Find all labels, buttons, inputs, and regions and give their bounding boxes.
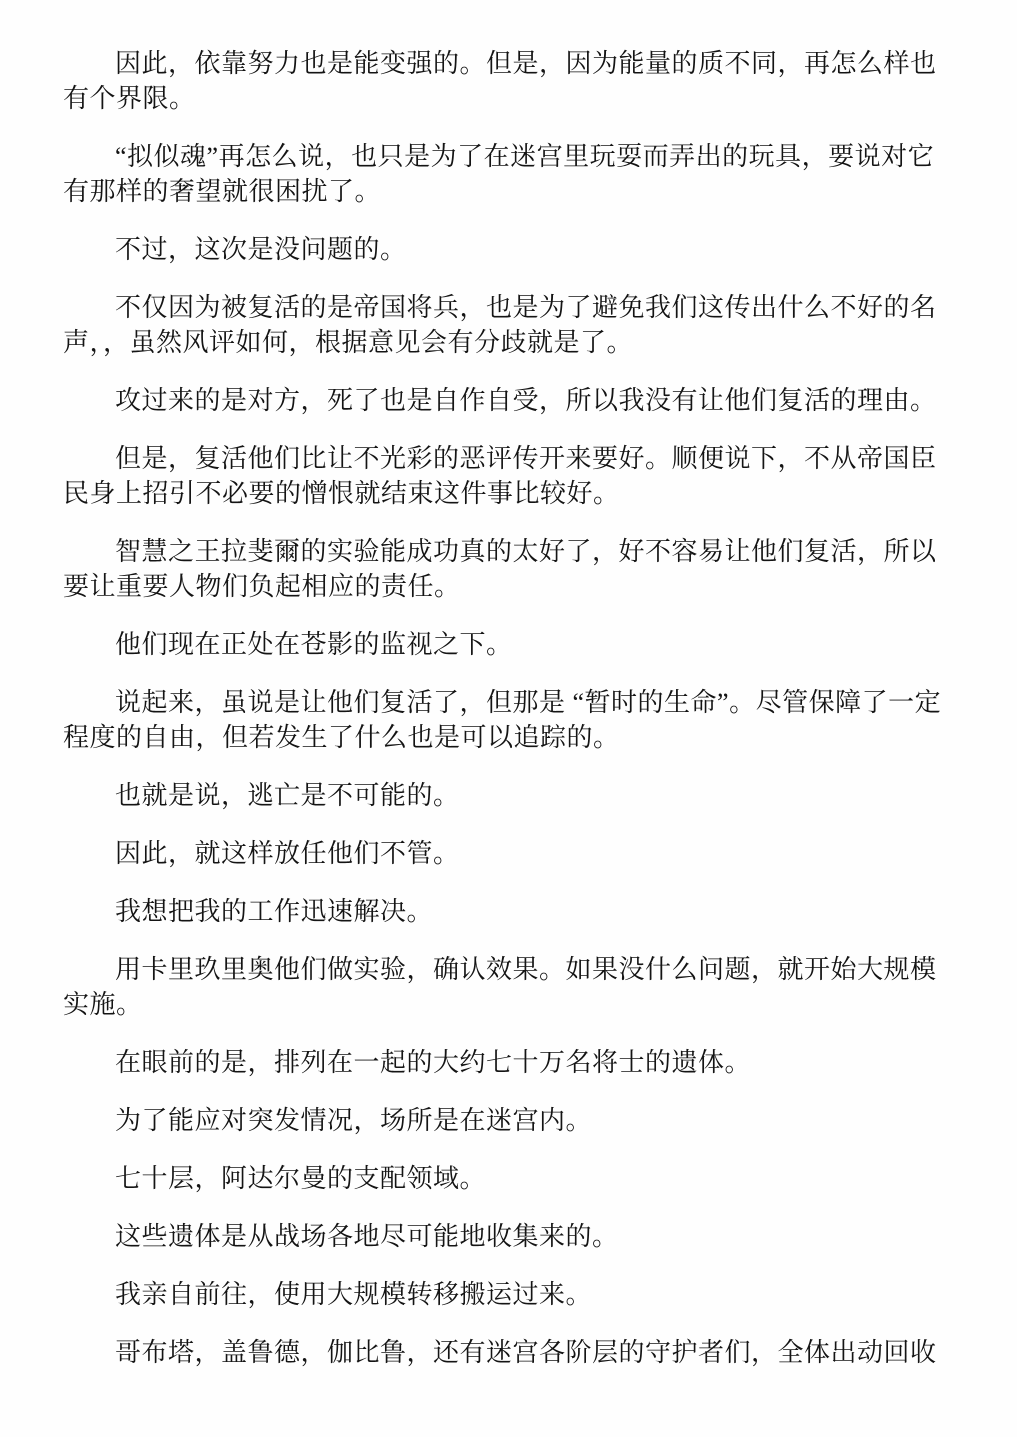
paragraph-8: 他们现在正处在苍影的监视之下。 xyxy=(63,627,953,662)
paragraph-3: 不过，这次是没问题的。 xyxy=(63,232,953,267)
paragraph-12: 我想把我的工作迅速解决。 xyxy=(63,894,953,929)
paragraph-15: 为了能应对突发情况，场所是在迷宫内。 xyxy=(63,1103,953,1138)
paragraph-4: 不仅因为被复活的是帝国将兵，也是为了避免我们这传出什么不好的名声，，虽然风评如何… xyxy=(63,290,953,360)
paragraph-13: 用卡里玖里奥他们做实验，确认效果。如果没什么问题，就开始大规模实施。 xyxy=(63,952,953,1022)
paragraph-6: 但是，复活他们比让不光彩的恶评传开来要好。顺便说下，不从帝国臣民身上招引不必要的… xyxy=(63,441,953,511)
paragraph-7: 智慧之王拉斐爾的实验能成功真的太好了，好不容易让他们复活，所以要让重要人物们负起… xyxy=(63,534,953,604)
document-page: 因此，依靠努力也是能变强的。但是，因为能量的质不同，再怎么样也有个界限。 “拟似… xyxy=(0,0,1017,1437)
paragraph-16: 七十层，阿达尔曼的支配领域。 xyxy=(63,1161,953,1196)
paragraph-17: 这些遗体是从战场各地尽可能地收集来的。 xyxy=(63,1219,953,1254)
paragraph-18: 我亲自前往，使用大规模转移搬运过来。 xyxy=(63,1277,953,1312)
paragraph-19: 哥布塔，盖鲁德，伽比鲁，还有迷宫各阶层的守护者们，全体出动回收 xyxy=(63,1335,953,1370)
paragraph-2: “拟似魂”再怎么说，也只是为了在迷宫里玩耍而弄出的玩具，要说对它有那样的奢望就很… xyxy=(63,139,953,209)
paragraph-5: 攻过来的是对方，死了也是自作自受，所以我没有让他们复活的理由。 xyxy=(63,383,953,418)
paragraph-9: 说起来，虽说是让他们复活了，但那是 “暂时的生命”。尽管保障了一定程度的自由，但… xyxy=(63,685,953,755)
paragraph-14: 在眼前的是，排列在一起的大约七十万名将士的遗体。 xyxy=(63,1045,953,1080)
paragraph-11: 因此，就这样放任他们不管。 xyxy=(63,836,953,871)
paragraph-1: 因此，依靠努力也是能变强的。但是，因为能量的质不同，再怎么样也有个界限。 xyxy=(63,46,953,116)
paragraph-10: 也就是说，逃亡是不可能的。 xyxy=(63,778,953,813)
